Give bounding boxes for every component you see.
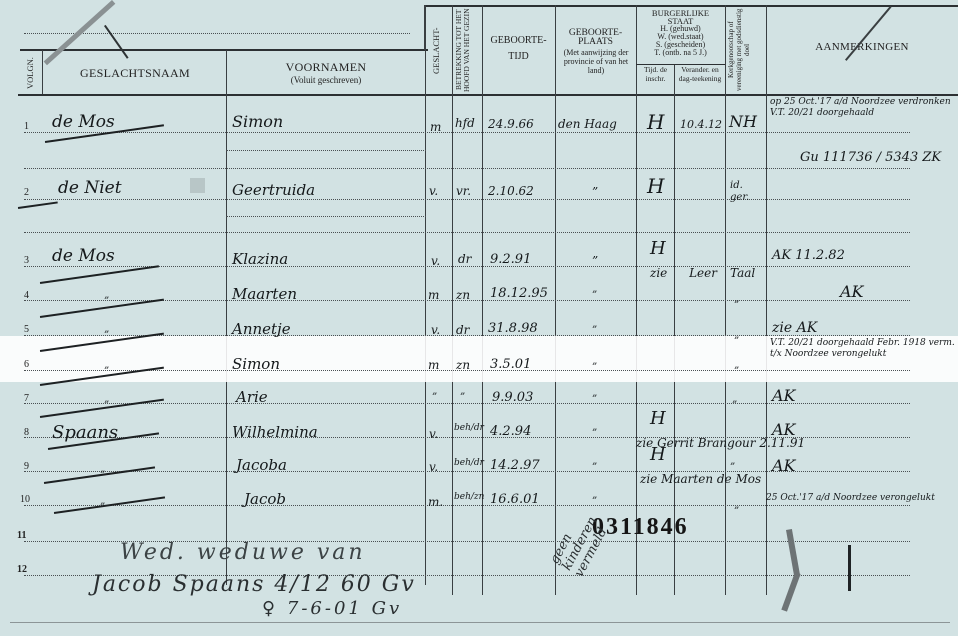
header-voornamen: VOORNAMEN xyxy=(226,60,426,75)
given-names: Arie xyxy=(236,388,268,406)
row-line xyxy=(24,505,910,506)
marital-change: zie Maarten de Mos xyxy=(640,472,761,486)
sex: v. xyxy=(431,323,440,337)
surname-underline xyxy=(18,201,58,208)
row-number: 6 xyxy=(24,359,29,370)
header-aanmerkingen: AANMERKINGEN xyxy=(766,41,958,53)
relation: beh/zn xyxy=(454,492,484,502)
header-betrekking: BETREKKING TOT HET HOOFD VAN HET GEZIN xyxy=(455,8,481,92)
row-subline xyxy=(226,216,426,217)
relation: zn xyxy=(456,358,470,372)
church: ” xyxy=(734,506,739,517)
birth-date: 4.2.94 xyxy=(490,424,531,439)
remarks: AK xyxy=(772,456,796,475)
church: ” xyxy=(734,300,739,311)
card-bottom-edge xyxy=(10,622,950,623)
header-bs-t: T. (ontb. na 5 J.) xyxy=(636,49,725,57)
header-geboorteplaats-2: PLAATS xyxy=(555,37,636,47)
birth-place: ” xyxy=(592,362,597,373)
header-geboorteplaats-sub: (Met aanwijzing der provincie of van het… xyxy=(559,48,633,75)
church: id. ger. xyxy=(730,180,760,204)
remarks: AK xyxy=(840,282,864,301)
relation: hfd xyxy=(455,116,475,130)
header-geslacht: GESLACHT- xyxy=(432,12,444,90)
row-number: 8 xyxy=(24,427,29,438)
header-top-rule-right xyxy=(424,5,958,7)
surname-ditto: ” xyxy=(100,470,105,481)
relation: dr xyxy=(458,252,471,266)
remarks: AK 11.2.82 xyxy=(772,246,852,266)
row-number: 11 xyxy=(17,530,26,541)
footer-note-line3: ♀ 7-6-01 Gv xyxy=(262,598,402,619)
surname-ditto: ” xyxy=(104,366,109,377)
sex-ditto: ” xyxy=(432,392,437,403)
pencil-tick xyxy=(848,545,851,591)
relation: beh/dr xyxy=(454,458,484,468)
remarks: op 25 Oct.'17 a/d Noordzee verdronken V.… xyxy=(770,97,955,119)
birth-place: ” xyxy=(592,290,597,301)
relation: zn xyxy=(456,288,470,302)
birth-place: ” xyxy=(592,394,597,405)
row-line xyxy=(24,199,910,200)
header-geboortetijd-1: GEBOORTE- xyxy=(482,36,555,46)
surname: de Mos xyxy=(52,112,115,132)
family-register-card: VOLGN. GESLACHTSNAAM VOORNAMEN (Voluit g… xyxy=(0,0,958,636)
birth-date: 31.8.98 xyxy=(488,321,538,336)
row-number: 9 xyxy=(24,461,29,472)
birth-place: ” xyxy=(592,428,597,439)
relation: dr xyxy=(456,323,469,337)
header-top-rule xyxy=(20,49,428,51)
remarks: zie AK xyxy=(772,320,817,336)
ditto-stroke xyxy=(40,399,164,418)
birth-date: 9.9.03 xyxy=(492,390,533,405)
birth-date: 18.12.95 xyxy=(490,286,548,301)
remarks: Gu 111736 / 5343 ZK xyxy=(800,148,950,168)
church: ” xyxy=(734,366,739,377)
surname: Spaans xyxy=(52,422,118,443)
given-names: Simon xyxy=(232,112,283,131)
header-kerkgenootschap: Kerkgenootschap of vereeniging met godsd… xyxy=(727,8,765,92)
header-voornamen-sub: (Voluit geschreven) xyxy=(226,75,426,85)
sex: v. xyxy=(429,184,438,198)
stamp-mark xyxy=(190,178,205,193)
sex: v. xyxy=(429,427,438,441)
marital-change: zie Leer xyxy=(650,266,717,280)
surname-ditto: ” xyxy=(104,400,109,411)
row-number: 7 xyxy=(24,393,29,404)
header-geboortetijd-2: TIJD xyxy=(482,52,555,62)
birth-place: ” xyxy=(592,462,597,473)
surname: de Niet xyxy=(58,178,122,198)
header-bs-tijd: Tijd. de inschr. xyxy=(637,66,674,83)
given-names: Jacoba xyxy=(236,456,287,474)
relation: vr. xyxy=(456,184,471,198)
church: ” xyxy=(732,400,737,411)
birth-date: 9.2.91 xyxy=(490,252,531,267)
row-number: 5 xyxy=(24,324,29,335)
remarks: AK xyxy=(772,420,796,439)
surname: de Mos xyxy=(52,246,115,266)
sex: m xyxy=(428,288,439,302)
relation-ditto: ” xyxy=(460,392,465,403)
surname-ditto: ” xyxy=(104,330,109,341)
row-line xyxy=(24,132,910,133)
birth-date: 24.9.66 xyxy=(488,117,534,131)
ink-diagonal-stroke xyxy=(104,25,129,59)
given-names: Wilhelmina xyxy=(232,423,318,441)
given-names: Annetje xyxy=(232,320,291,338)
church: ” xyxy=(734,336,739,347)
surname-ditto: ” xyxy=(104,296,109,307)
given-names: Klazina xyxy=(232,250,288,268)
row-line xyxy=(24,232,910,233)
row-number: 10 xyxy=(20,494,30,505)
birth-place: den Haag xyxy=(558,117,617,131)
given-names: Maarten xyxy=(232,285,297,303)
marital-change-date: 10.4.12 xyxy=(680,118,722,131)
birth-place: ” xyxy=(592,254,598,268)
given-names: Geertruida xyxy=(232,181,315,199)
row-number: 3 xyxy=(24,255,29,266)
pencil-check-mark xyxy=(781,572,800,612)
footer-note-line1: Wed. weduwe van xyxy=(120,540,366,565)
birth-date: 14.2.97 xyxy=(490,458,540,473)
marital-status: H xyxy=(647,110,664,134)
sex: v. xyxy=(431,254,440,268)
relation: beh/dr xyxy=(454,423,484,433)
footer-note-line2: Jacob Spaans 4/12 60 Gv xyxy=(92,572,416,597)
marital-status: H xyxy=(650,408,666,429)
sex: m. xyxy=(428,495,443,509)
church: ” xyxy=(730,462,735,473)
birth-place: ” xyxy=(592,325,597,336)
birth-date: 3.5.01 xyxy=(490,357,531,372)
header-bs-verander: Verander. en dag-teekening xyxy=(675,66,725,83)
given-names: Simon xyxy=(232,355,280,373)
header-bottom-rule xyxy=(18,94,958,96)
birth-date: 16.6.01 xyxy=(490,492,540,507)
birth-place: ” xyxy=(592,185,598,199)
header-geslachtsnaam: GESLACHTSNAAM xyxy=(44,66,226,81)
surname-ditto: ” xyxy=(100,502,105,513)
birth-date: 2.10.62 xyxy=(488,184,534,198)
remarks: 25 Oct.'17 a/d Noordzee verongelukt xyxy=(766,492,956,504)
row-number: 2 xyxy=(24,187,29,198)
marital-status: H xyxy=(650,444,666,465)
given-names: Jacob xyxy=(244,490,286,508)
header-step-line xyxy=(424,5,426,50)
row-number: 4 xyxy=(24,290,29,301)
header-volgn: VOLGN. xyxy=(26,54,38,92)
row-number: 1 xyxy=(24,121,29,132)
surname-underline xyxy=(40,265,159,283)
marital-status: H xyxy=(647,174,664,198)
row-number: 12 xyxy=(17,564,27,575)
sex: v. xyxy=(429,460,438,474)
church: NH xyxy=(729,112,757,131)
sex: m xyxy=(430,120,441,134)
pencil-check-mark xyxy=(786,529,800,577)
remarks: V.T. 20/21 doorgehaald Febr. 1918 verm. … xyxy=(770,338,956,360)
col-line-volgn xyxy=(42,50,43,94)
row-subline xyxy=(226,150,426,151)
row-line xyxy=(24,168,910,169)
ditto-stroke xyxy=(40,299,164,318)
sex: m xyxy=(428,358,439,372)
marital-status: H xyxy=(650,238,666,259)
remarks: AK xyxy=(772,386,796,405)
church: Taal xyxy=(730,266,755,280)
